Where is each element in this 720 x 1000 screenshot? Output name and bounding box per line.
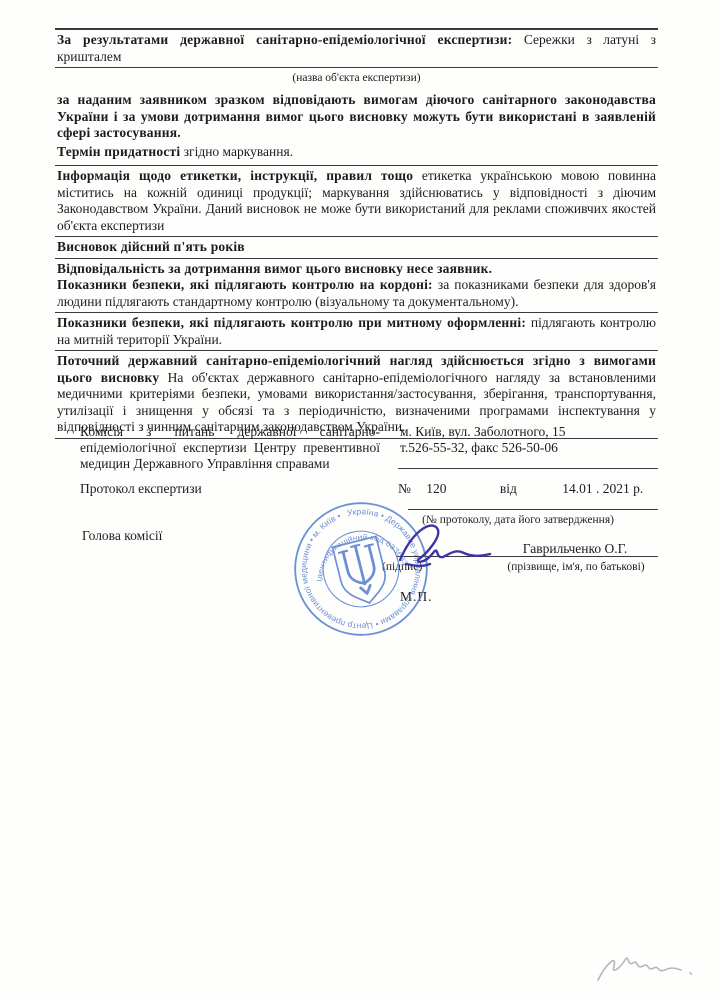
protocol-underline — [408, 509, 658, 510]
from-word: від — [500, 481, 517, 496]
address-line-1: м. Київ, вул. Заболотного, 15 — [400, 424, 660, 440]
address-line-2: т.526-55-32, факс 526-50-06 — [400, 440, 660, 456]
chairman-name: Гаврильченко О.Г. — [490, 541, 660, 557]
address-block: м. Київ, вул. Заболотного, 15 т.526-55-3… — [400, 424, 660, 456]
protocol-date: 14.01 . 2021 р. — [562, 481, 643, 496]
commission-block: Комісія з питань державної санітарно-епі… — [80, 424, 380, 472]
chairman-label: Голова комісії — [82, 528, 162, 544]
document-page: За результатами державної санітарно-епід… — [0, 0, 720, 1000]
document-footer: Комісія з питань державної санітарно-епі… — [0, 0, 720, 1000]
number-sign: № — [398, 481, 411, 496]
ink-signature — [392, 514, 496, 568]
fullname-caption: (прізвище, ім'я, по батькові) — [492, 559, 660, 575]
address-underline — [398, 468, 658, 469]
pencil-signature — [590, 940, 700, 988]
protocol-label: Протокол експертизи — [80, 481, 202, 497]
protocol-number: 120 — [426, 481, 446, 496]
protocol-number-row: № 120 від 14.01 . 2021 р. — [398, 481, 660, 497]
